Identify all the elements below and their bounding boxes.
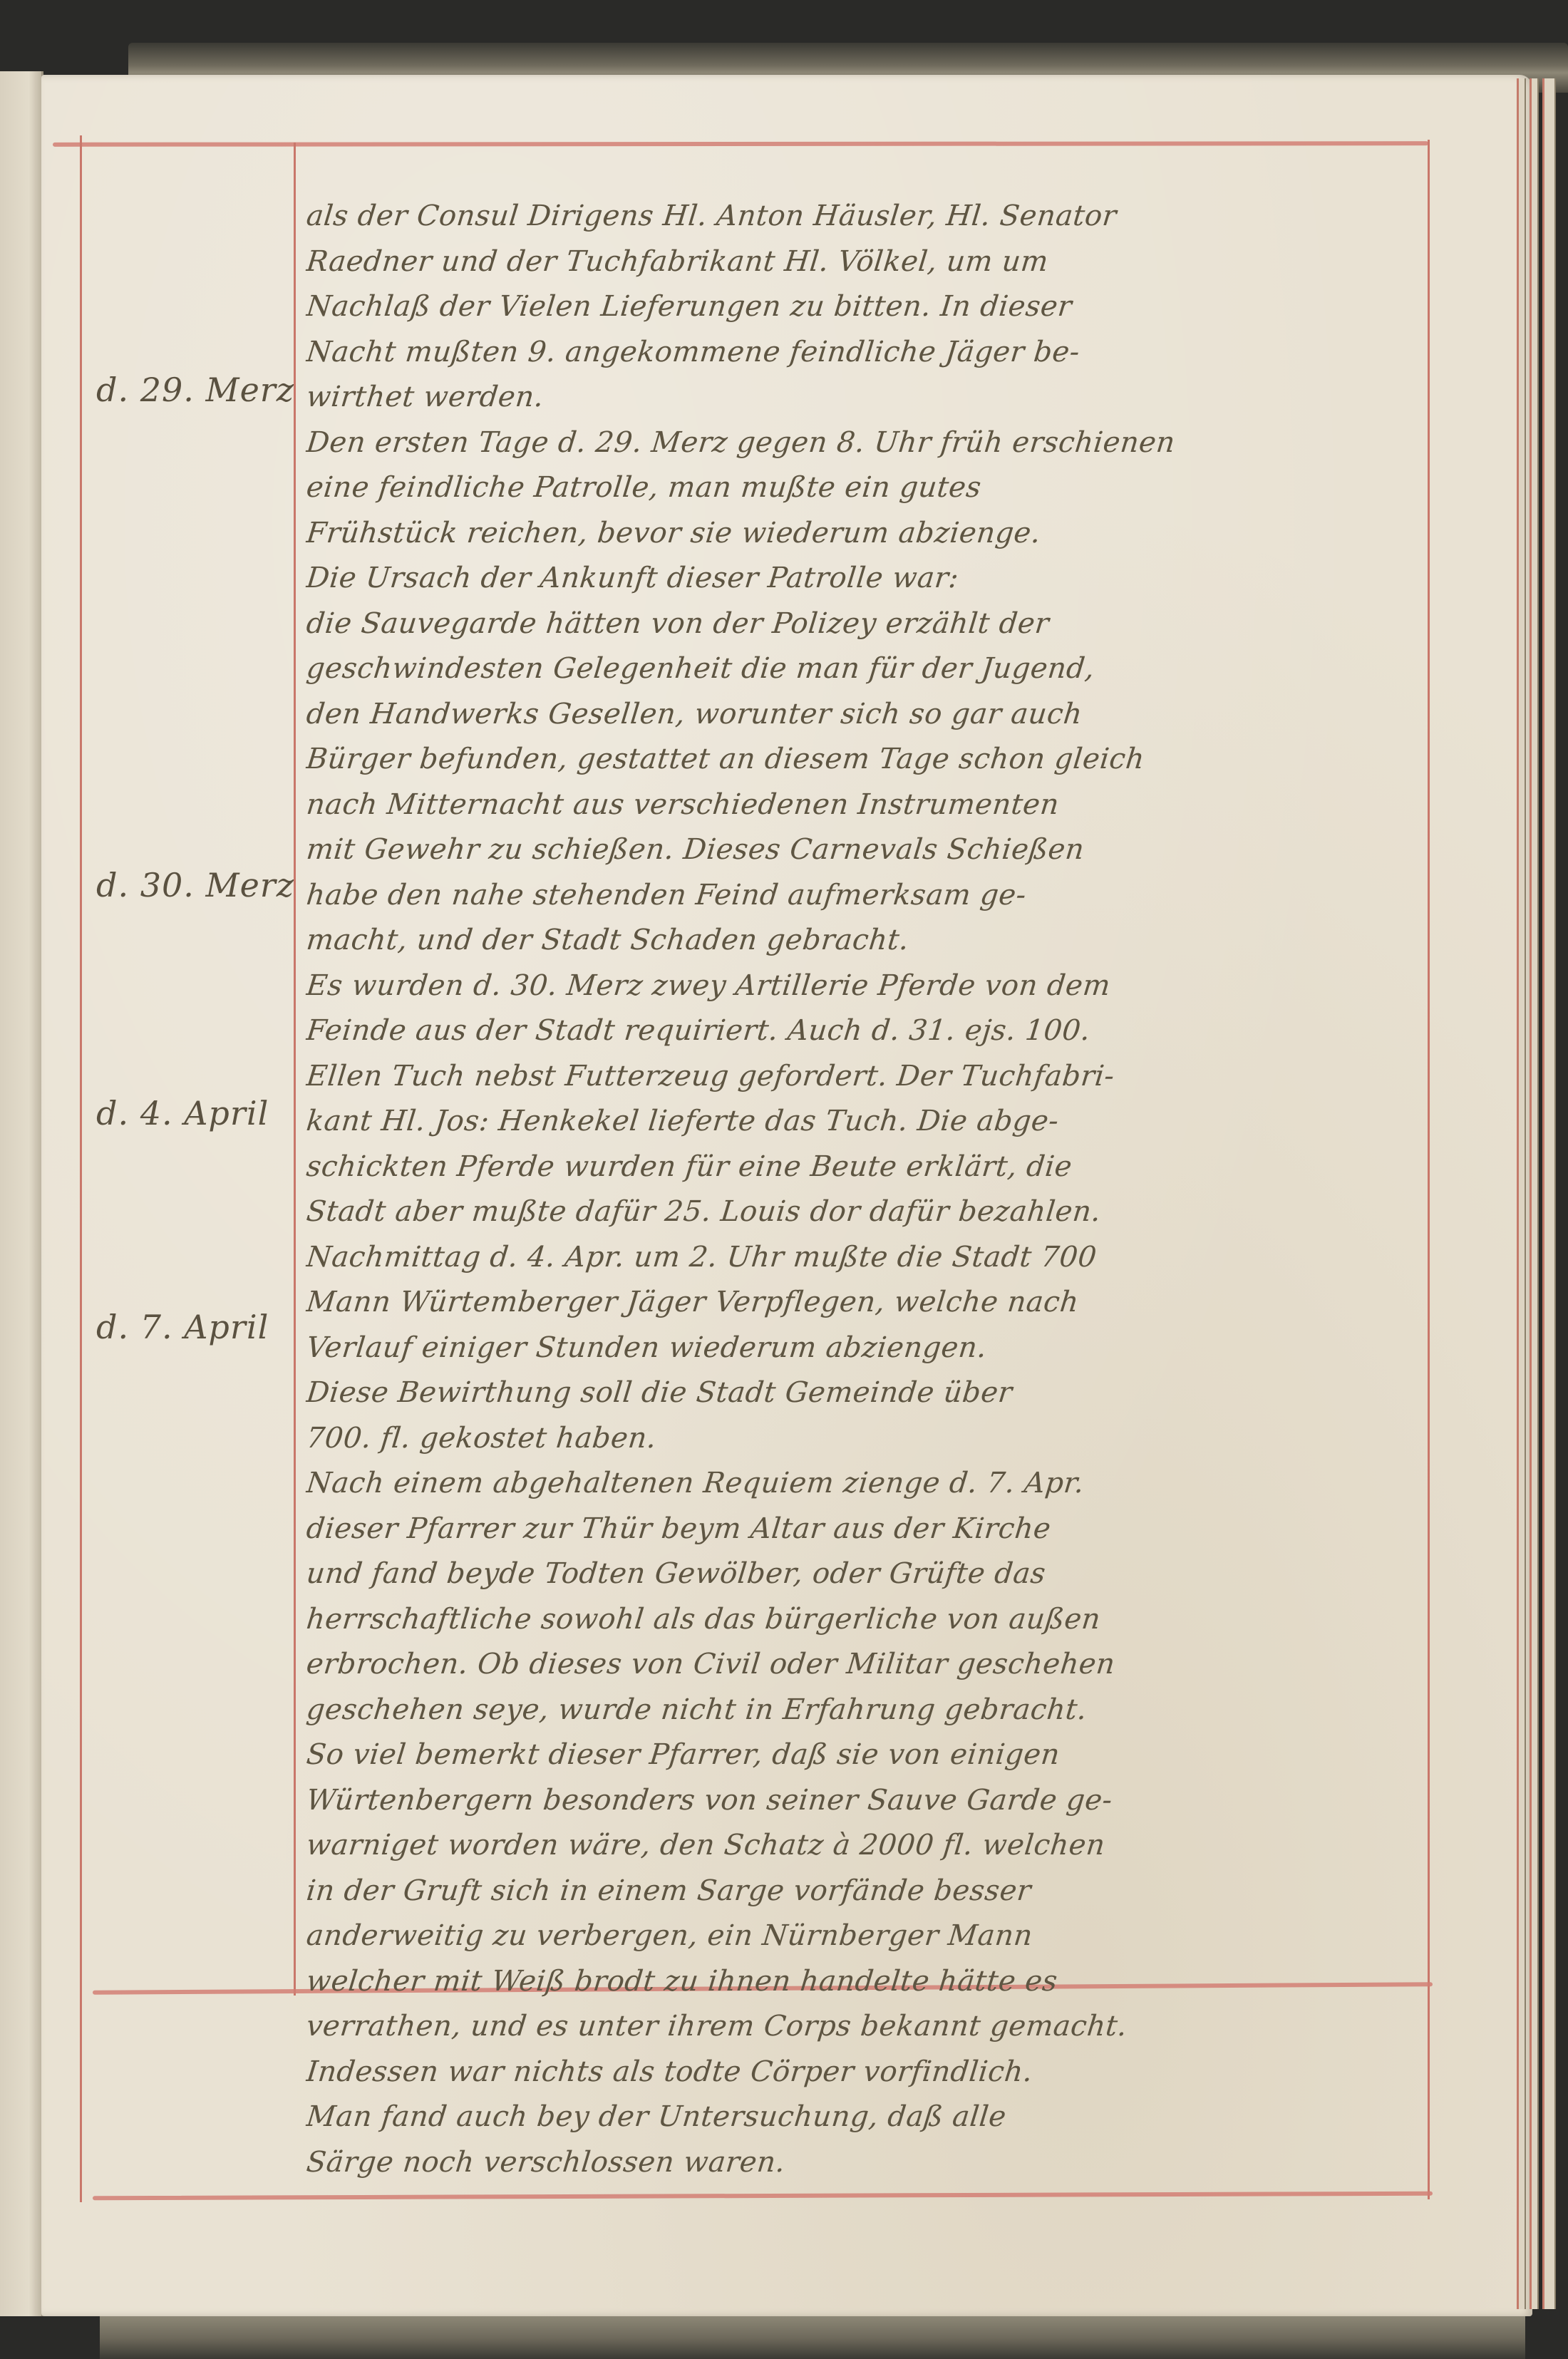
text-line: in der Gruft sich in einem Sarge vorfänd… (304, 1869, 1432, 1914)
margin-date-29-merz: d. 29. Merz (96, 371, 289, 409)
text-line: verrathen, und es unter ihrem Corps beka… (304, 2004, 1432, 2050)
text-line: herrschaftliche sowohl als das bürgerlic… (304, 1597, 1432, 1643)
text-line: Es wurden d. 30. Merz zwey Artillerie Pf… (304, 964, 1432, 1009)
text-line: Verlauf einiger Stunden wiederum abzieng… (304, 1326, 1432, 1371)
text-line: Feinde aus der Stadt requiriert. Auch d.… (304, 1008, 1432, 1054)
outer-margin-rule (80, 135, 82, 2202)
text-line: und fand beyde Todten Gewölber, oder Grü… (304, 1552, 1432, 1597)
text-line: Würtenbergern besonders von seiner Sauve… (304, 1778, 1432, 1824)
text-line: Mann Würtemberger Jäger Verpflegen, welc… (304, 1280, 1432, 1326)
text-line: Indessen war nichts als todte Cörper vor… (304, 2050, 1432, 2095)
text-line: Nach einem abgehaltenen Requiem zienge d… (304, 1461, 1432, 1507)
facing-page-edge (0, 71, 43, 2316)
text-line: 700. fl. gekostet haben. (304, 1416, 1432, 1462)
text-line: schickten Pferde wurden für eine Beute e… (304, 1145, 1432, 1190)
text-line: die Sauvegarde hätten von der Polizey er… (304, 602, 1432, 647)
text-line: welcher mit Weiß brodt zu ihnen handelte… (304, 1959, 1432, 2005)
text-line: erbrochen. Ob dieses von Civil oder Mili… (304, 1642, 1432, 1688)
text-line: Nacht mußten 9. angekommene feindliche J… (304, 330, 1432, 376)
date-column-rule (294, 143, 296, 1996)
text-line: warniget worden wäre, den Schatz à 2000 … (304, 1823, 1432, 1869)
text-line: Man fand auch bey der Untersuchung, daß … (304, 2095, 1432, 2140)
text-line: habe den nahe stehenden Feind aufmerksam… (304, 873, 1432, 919)
handwritten-text-block: als der Consul Dirigens Hl. Anton Häusle… (306, 194, 1429, 2185)
text-line: anderweitig zu verbergen, ein Nürnberger… (304, 1914, 1432, 1959)
text-line: kant Hl. Jos: Henkekel lieferte das Tuch… (304, 1099, 1432, 1145)
text-line: macht, und der Stadt Schaden gebracht. (304, 918, 1432, 964)
text-line: Diese Bewirthung soll die Stadt Gemeinde… (304, 1371, 1432, 1416)
margin-date-30-merz: d. 30. Merz (96, 866, 289, 904)
margin-date-4-april: d. 4. April (96, 1094, 289, 1132)
text-line: eine feindliche Patrolle, man mußte ein … (304, 465, 1432, 511)
page-stack-edge (1530, 78, 1539, 2309)
book-binding-bottom (100, 2316, 1525, 2359)
text-line: Nachlaß der Vielen Lieferungen zu bitten… (304, 284, 1432, 330)
text-line: nach Mitternacht aus verschiedenen Instr… (304, 783, 1432, 828)
text-line: Stadt aber mußte dafür 25. Louis dor daf… (304, 1189, 1432, 1235)
text-line: geschwindesten Gelegenheit die man für d… (304, 646, 1432, 692)
text-line: Ellen Tuch nebst Futterzeug gefordert. D… (304, 1054, 1432, 1100)
text-line: Raedner und der Tuchfabrikant Hl. Völkel… (304, 239, 1432, 285)
text-line: Frühstück reichen, bevor sie wiederum ab… (304, 511, 1432, 557)
text-line: dieser Pfarrer zur Thür beym Altar aus d… (304, 1507, 1432, 1552)
page-stack-edge (1542, 78, 1556, 2309)
margin-date-7-april: d. 7. April (96, 1308, 289, 1346)
text-line: den Handwerks Gesellen, worunter sich so… (304, 692, 1432, 738)
text-line: Den ersten Tage d. 29. Merz gegen 8. Uhr… (304, 420, 1432, 466)
text-line: Die Ursach der Ankunft dieser Patrolle w… (304, 556, 1432, 602)
text-line: als der Consul Dirigens Hl. Anton Häusle… (304, 194, 1432, 239)
text-line: Bürger befunden, gestattet an diesem Tag… (304, 737, 1432, 783)
text-line: geschehen seye, wurde nicht in Erfahrung… (304, 1688, 1432, 1733)
text-line: Särge noch verschlossen waren. (304, 2140, 1432, 2186)
text-line: wirthet werden. (304, 375, 1432, 420)
text-line: mit Gewehr zu schießen. Dieses Carnevals… (304, 827, 1432, 873)
text-line: So viel bemerkt dieser Pfarrer, daß sie … (304, 1733, 1432, 1778)
text-line: Nachmittag d. 4. Apr. um 2. Uhr mußte di… (304, 1235, 1432, 1281)
page-stack-edge (1517, 78, 1526, 2309)
